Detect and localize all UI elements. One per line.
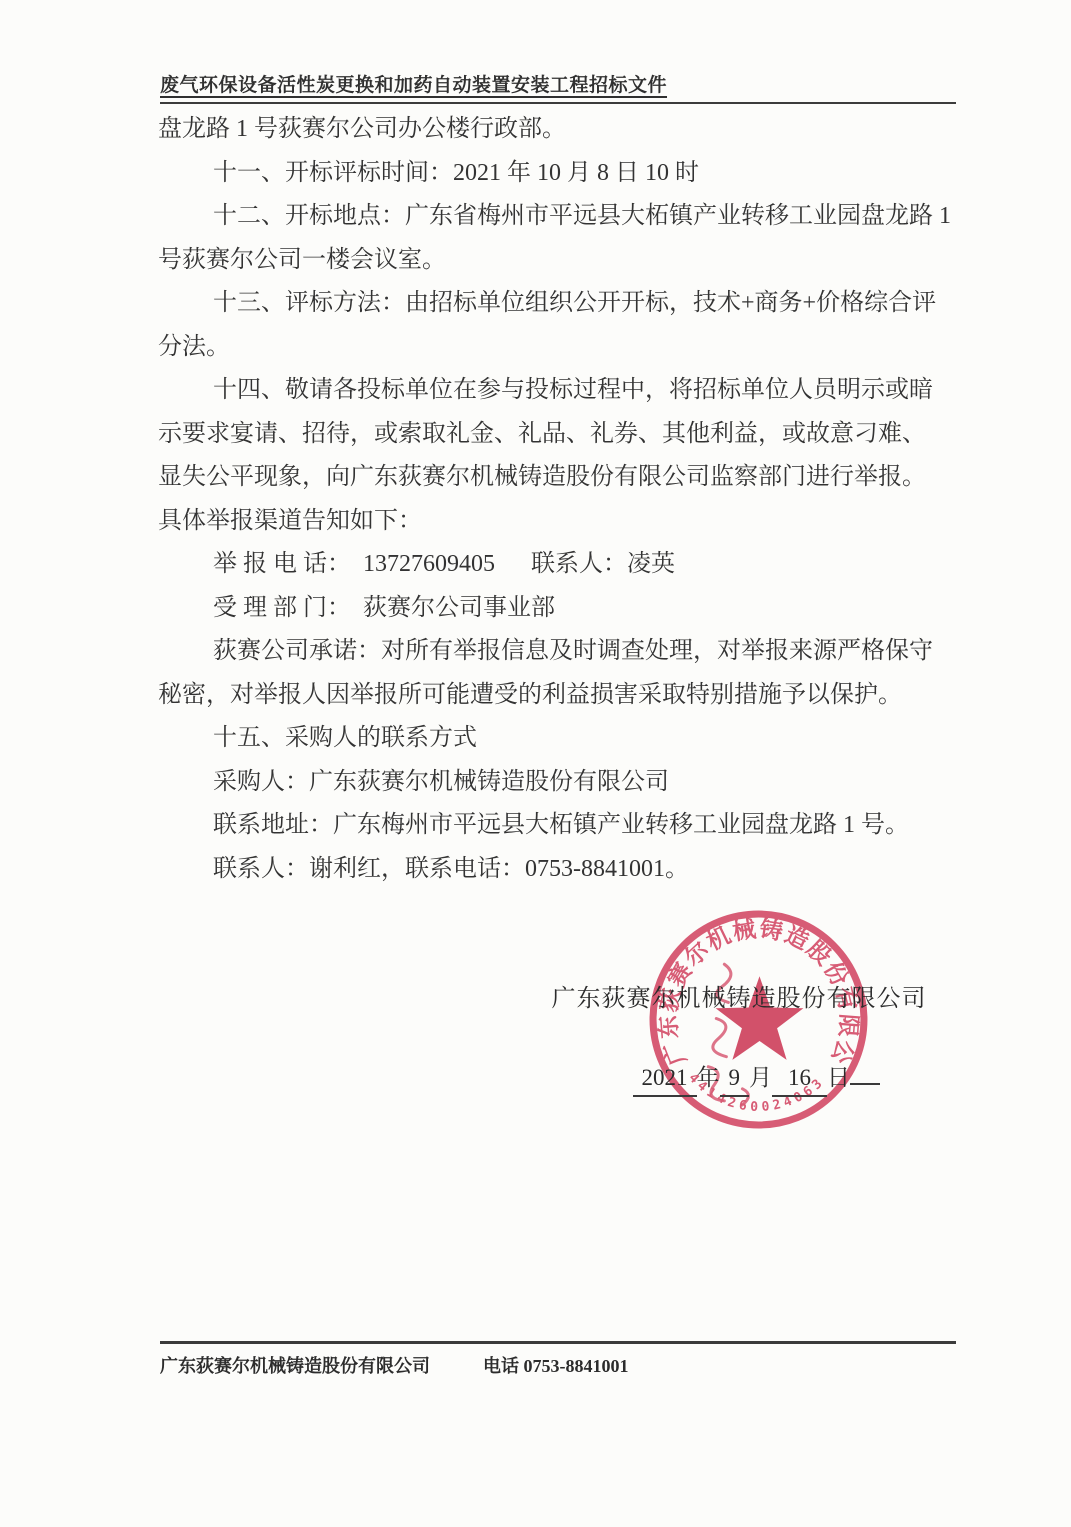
- body-line: 分法。: [158, 326, 960, 370]
- date-month-label: 月: [749, 1065, 772, 1090]
- page-footer: 广东荻赛尔机械铸造股份有限公司 电话 0753-8841001: [160, 1352, 956, 1378]
- date-month: 9: [720, 1065, 750, 1097]
- body-line: 十二、开标地点：广东省梅州市平远县大柘镇产业转移工业园盘龙路 1: [158, 195, 960, 239]
- header-title: 废气环保设备活性炭更换和加药自动装置安装工程招标文件: [160, 75, 667, 96]
- body-line: 示要求宴请、招待，或索取礼金、礼品、礼券、其他利益，或故意刁难、: [158, 413, 960, 457]
- body-line: 十四、敬请各投标单位在参与投标过程中，将招标单位人员明示或暗: [158, 369, 960, 413]
- footer-phone-number: 0753-8841001: [524, 1356, 629, 1376]
- footer-phone: 电话 0753-8841001: [483, 1352, 629, 1378]
- signature-company-name: 广东荻赛尔机械铸造股份有限公司: [538, 978, 940, 1013]
- body-line-contact: 联系人：谢利红，联系电话：0753-8841001。: [158, 848, 960, 892]
- body-line: 十五、采购人的联系方式: [158, 717, 960, 761]
- body-line-purchaser: 采购人：广东荻赛尔机械铸造股份有限公司: [158, 761, 960, 805]
- signature-block: 广东荻赛尔机械铸造股份有限公司 2021年9月16日: [538, 978, 940, 1123]
- body-line: 秘密，对举报人因举报所可能遭受的利益损害采取特别措施予以保护。: [158, 674, 960, 718]
- body-line-address: 联系地址：广东梅州市平远县大柘镇产业转移工业园盘龙路 1 号。: [158, 804, 960, 848]
- body-line: 具体举报渠道告知如下：: [158, 500, 960, 544]
- body-line: 荻赛公司承诺：对所有举报信息及时调查处理，对举报来源严格保守: [158, 630, 960, 674]
- footer-phone-label: 电话: [483, 1356, 519, 1376]
- footer-company-name: 广东荻赛尔机械铸造股份有限公司: [160, 1356, 430, 1376]
- date-tail-line: [850, 1056, 880, 1085]
- page-header: 废气环保设备活性炭更换和加药自动装置安装工程招标文件: [160, 70, 956, 104]
- body-line: 十一、开标评标时间：2021 年 10 月 8 日 10 时: [158, 152, 960, 196]
- document-page: 废气环保设备活性炭更换和加药自动装置安装工程招标文件 盘龙路 1 号荻赛尔公司办…: [0, 0, 1071, 1527]
- document-body: 盘龙路 1 号荻赛尔公司办公楼行政部。 十一、开标评标时间：2021 年 10 …: [158, 108, 960, 891]
- signature-date: 2021年9月16日: [538, 1030, 940, 1123]
- date-day-label: 日: [827, 1065, 850, 1090]
- date-day: 16: [772, 1065, 827, 1097]
- body-line: 十三、评标方法：由招标单位组织公开开标，技术+商务+价格综合评: [158, 282, 960, 326]
- body-line: 显失公平现象，向广东荻赛尔机械铸造股份有限公司监察部门进行举报。: [158, 456, 960, 500]
- footer-divider: [160, 1341, 956, 1344]
- body-line: 盘龙路 1 号荻赛尔公司办公楼行政部。: [158, 108, 960, 152]
- date-year: 2021: [633, 1065, 697, 1097]
- body-line: 号荻赛尔公司一楼会议室。: [158, 239, 960, 283]
- body-line-report-dept: 受 理 部 门： 荻赛尔公司事业部: [158, 587, 960, 631]
- body-line-report-phone: 举 报 电 话： 13727609405 联系人：凌英: [158, 543, 960, 587]
- date-year-label: 年: [697, 1065, 720, 1090]
